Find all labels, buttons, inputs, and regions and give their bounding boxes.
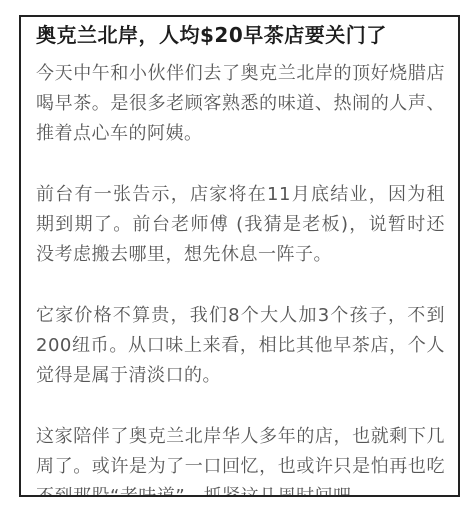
- post-paragraph-farewell: 这家陪伴了奥克兰北岸华人多年的店，也就剩下几周了。或许是为了一口回忆，也或许只是…: [36, 422, 445, 497]
- post-paragraph-notice: 前台有一张告示，店家将在11月底结业，因为租期到期了。前台老师傅 (我猜是老板)…: [36, 180, 445, 270]
- post-title: 奥克兰北岸，人均$20早茶店要关门了: [36, 21, 445, 49]
- post-paragraph-intro: 今天中午和小伙伴们去了奥克兰北岸的顶好烧腊店喝早茶。是很多老顾客熟悉的味道、热闹…: [36, 59, 445, 149]
- page: 奥克兰北岸，人均$20早茶店要关门了 今天中午和小伙伴们去了奥克兰北岸的顶好烧腊…: [0, 0, 474, 508]
- post-paragraph-price: 它家价格不算贵，我们8个大人加3个孩子，不到200纽币。从口味上来看，相比其他早…: [36, 301, 445, 391]
- post-frame: 奥克兰北岸，人均$20早茶店要关门了 今天中午和小伙伴们去了奥克兰北岸的顶好烧腊…: [19, 15, 460, 497]
